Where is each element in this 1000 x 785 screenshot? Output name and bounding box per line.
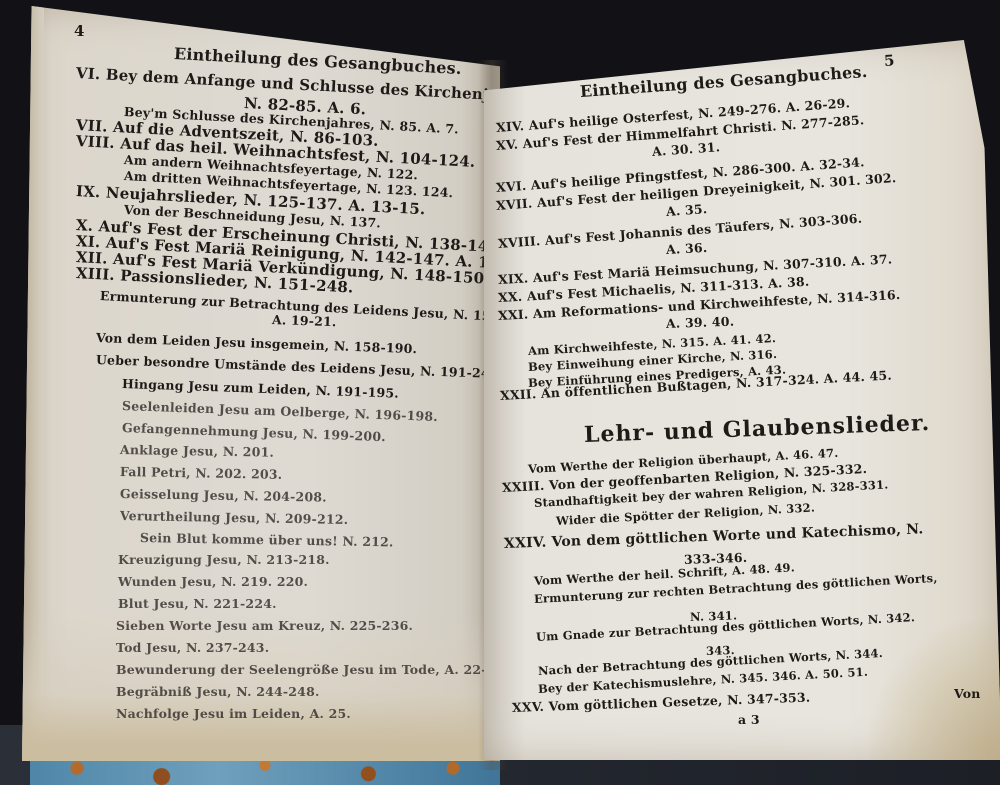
toc-subentry: Gefangennehmung Jesu, N. 199-200. [122,420,386,444]
toc-subentry: Von dem Leiden Jesu insgemein, N. 158-19… [96,330,418,356]
left-page: 4 Eintheilung des Gesangbuches. VI. Bey … [22,6,500,761]
toc-subentry: Bewunderung der Seelengröße Jesu im Tode… [116,662,509,677]
running-head: Eintheilung des Gesangbuches. [579,62,868,101]
toc-subentry: A. 19-21. [272,312,337,329]
toc-subentry: Nachfolge Jesu im Leiden, A. 25. [116,706,351,721]
toc-entry: A. 35. [665,201,707,219]
toc-subentry: Tod Jesu, N. 237-243. [116,640,269,655]
right-page: 5 Eintheilung des Gesangbuches. XIV. Auf… [484,40,1000,760]
catchword: Von [954,686,981,701]
toc-subentry: Wunden Jesu, N. 219. 220. [118,574,308,589]
toc-subentry: Hingang Jesu zum Leiden, N. 191-195. [122,376,399,401]
toc-subentry: Sein Blut komme über uns! N. 212. [140,530,394,549]
toc-subentry: Anklage Jesu, N. 201. [120,442,274,460]
marbled-book-edge [30,757,500,785]
signature-mark: a 3 [738,712,760,727]
toc-subentry: Seelenleiden Jesu am Oelberge, N. 196-19… [122,398,438,424]
section-heading: Lehr- und Glaubenslieder. [584,410,931,448]
toc-entry: A. 36. [666,240,708,257]
toc-subentry: Sieben Worte Jesu am Kreuz, N. 225-236. [116,618,413,633]
toc-subentry: Fall Petri, N. 202. 203. [120,464,283,482]
toc-subentry: Geisselung Jesu, N. 204-208. [120,486,327,505]
toc-subentry: Verurtheilung Jesu, N. 209-212. [120,508,349,527]
toc-entry: A. 30. 31. [651,139,720,159]
toc-entry: A. 39. 40. [666,314,735,331]
toc-subentry: Blut Jesu, N. 221-224. [118,596,277,611]
page-number: 4 [74,22,85,40]
toc-subentry: Kreuzigung Jesu, N. 213-218. [118,552,330,567]
toc-subentry: Begräbniß Jesu, N. 244-248. [116,684,320,699]
page-number: 5 [883,51,895,70]
